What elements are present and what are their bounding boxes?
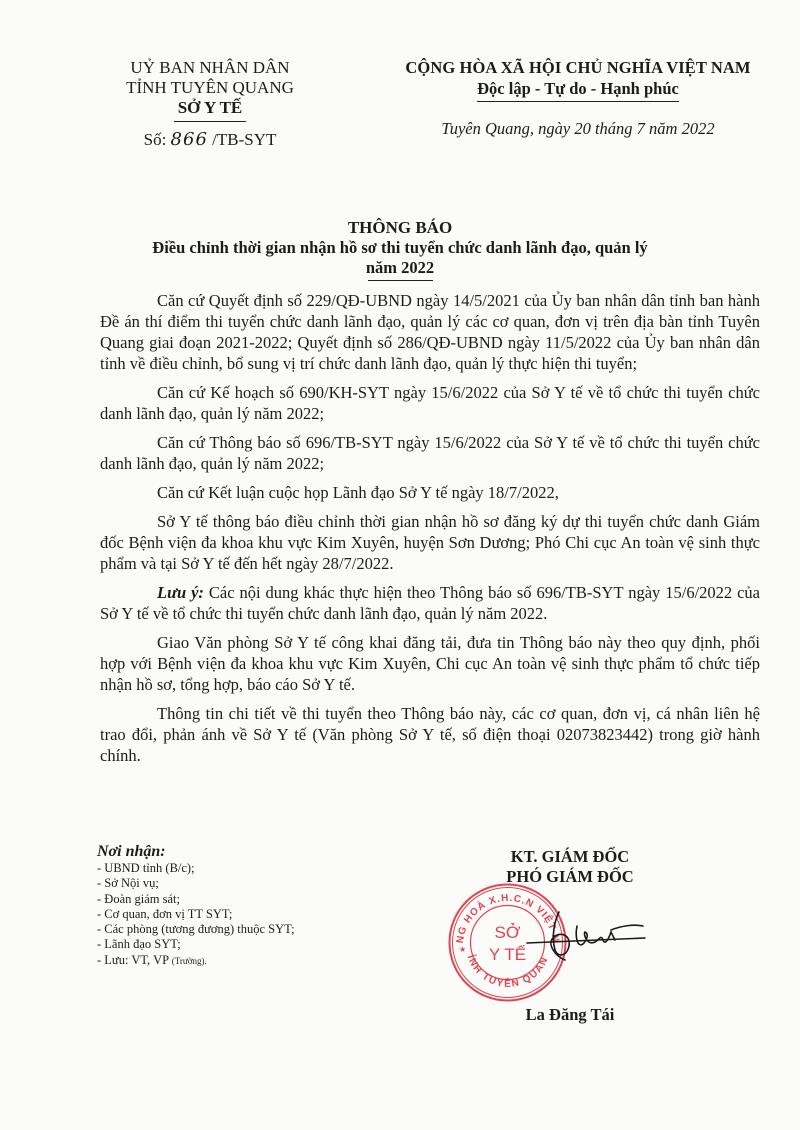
- handwritten-signature-icon: [525, 900, 665, 970]
- recipient-item: - Sở Nội vụ;: [97, 876, 397, 891]
- body-paragraph: Căn cứ Kế hoạch số 690/KH-SYT ngày 15/6/…: [100, 382, 760, 424]
- document-number: Số: 866 /TB-SYT: [95, 130, 325, 150]
- body-paragraph: Căn cứ Thông báo số 696/TB-SYT ngày 15/6…: [100, 432, 760, 474]
- stamp-center-line-1: SỞ: [495, 923, 521, 942]
- header-divider: [174, 121, 246, 122]
- note-paragraph: Lưu ý: Các nội dung khác thực hiện theo …: [100, 582, 760, 624]
- office-paragraph: Giao Văn phòng Sở Y tế công khai đăng tả…: [100, 632, 760, 695]
- document-number-prefix: Số:: [144, 130, 167, 149]
- recipient-item: - UBND tỉnh (B/c);: [97, 861, 397, 876]
- note-label: Lưu ý:: [157, 583, 204, 602]
- recipients-block: Nơi nhận: - UBND tỉnh (B/c); - Sở Nội vụ…: [97, 842, 397, 969]
- department-name: SỞ Y TẾ: [95, 98, 325, 118]
- recipient-item: - Các phòng (tương đương) thuộc SYT;: [97, 922, 397, 937]
- document-subject-line-2: năm 2022: [120, 258, 680, 278]
- recipient-item: - Đoàn giám sát;: [97, 892, 397, 907]
- recipient-item-text: - Lưu: VT, VP: [97, 953, 169, 967]
- org-line-1: UỶ BAN NHÂN DÂN: [95, 58, 325, 78]
- contact-paragraph: Thông tin chi tiết về thi tuyển theo Thô…: [100, 703, 760, 766]
- signature-line-1: KT. GIÁM ĐỐC: [470, 847, 670, 867]
- recipients-list: - UBND tỉnh (B/c); - Sở Nội vụ; - Đoàn g…: [97, 861, 397, 969]
- document-number-suffix: /TB-SYT: [212, 130, 276, 149]
- svg-text:★: ★: [459, 945, 466, 954]
- body-paragraph: Căn cứ Kết luận cuộc họp Lãnh đạo Sở Y t…: [100, 482, 760, 503]
- nation-name: CỘNG HÒA XÃ HỘI CHỦ NGHĨA VIỆT NAM: [378, 58, 778, 78]
- recipient-item: - Lưu: VT, VP (Trường).: [97, 953, 397, 969]
- body-paragraph: Căn cứ Quyết định số 229/QĐ-UBND ngày 14…: [100, 290, 760, 374]
- recipient-item-note: (Trường).: [172, 956, 207, 966]
- document-body: Căn cứ Quyết định số 229/QĐ-UBND ngày 14…: [100, 290, 760, 766]
- recipient-item: - Lãnh đạo SYT;: [97, 937, 397, 952]
- body-paragraph: Sở Y tế thông báo điều chỉnh thời gian n…: [100, 511, 760, 574]
- document-type: THÔNG BÁO: [120, 218, 680, 238]
- stamp-center-line-2: Y TẾ: [489, 945, 526, 964]
- org-line-2: TỈNH TUYÊN QUANG: [95, 78, 325, 98]
- recipients-label: Nơi nhận:: [97, 842, 397, 861]
- title-divider: [368, 280, 433, 281]
- document-title: THÔNG BÁO Điều chỉnh thời gian nhận hồ s…: [120, 218, 680, 281]
- national-motto: Độc lập - Tự do - Hạnh phúc: [477, 78, 679, 102]
- place-date: Tuyên Quang, ngày 20 tháng 7 năm 2022: [378, 119, 778, 139]
- national-header: CỘNG HÒA XÃ HỘI CHỦ NGHĨA VIỆT NAM Độc l…: [378, 58, 778, 139]
- signer-name: La Đăng Tái: [470, 1005, 670, 1025]
- document-number-handwritten: 866: [171, 129, 208, 150]
- document-subject-line-1: Điều chỉnh thời gian nhận hồ sơ thi tuyể…: [120, 238, 680, 258]
- recipient-item: - Cơ quan, đơn vị TT SYT;: [97, 907, 397, 922]
- issuing-authority-header: UỶ BAN NHÂN DÂN TỈNH TUYÊN QUANG SỞ Y TẾ…: [95, 58, 325, 150]
